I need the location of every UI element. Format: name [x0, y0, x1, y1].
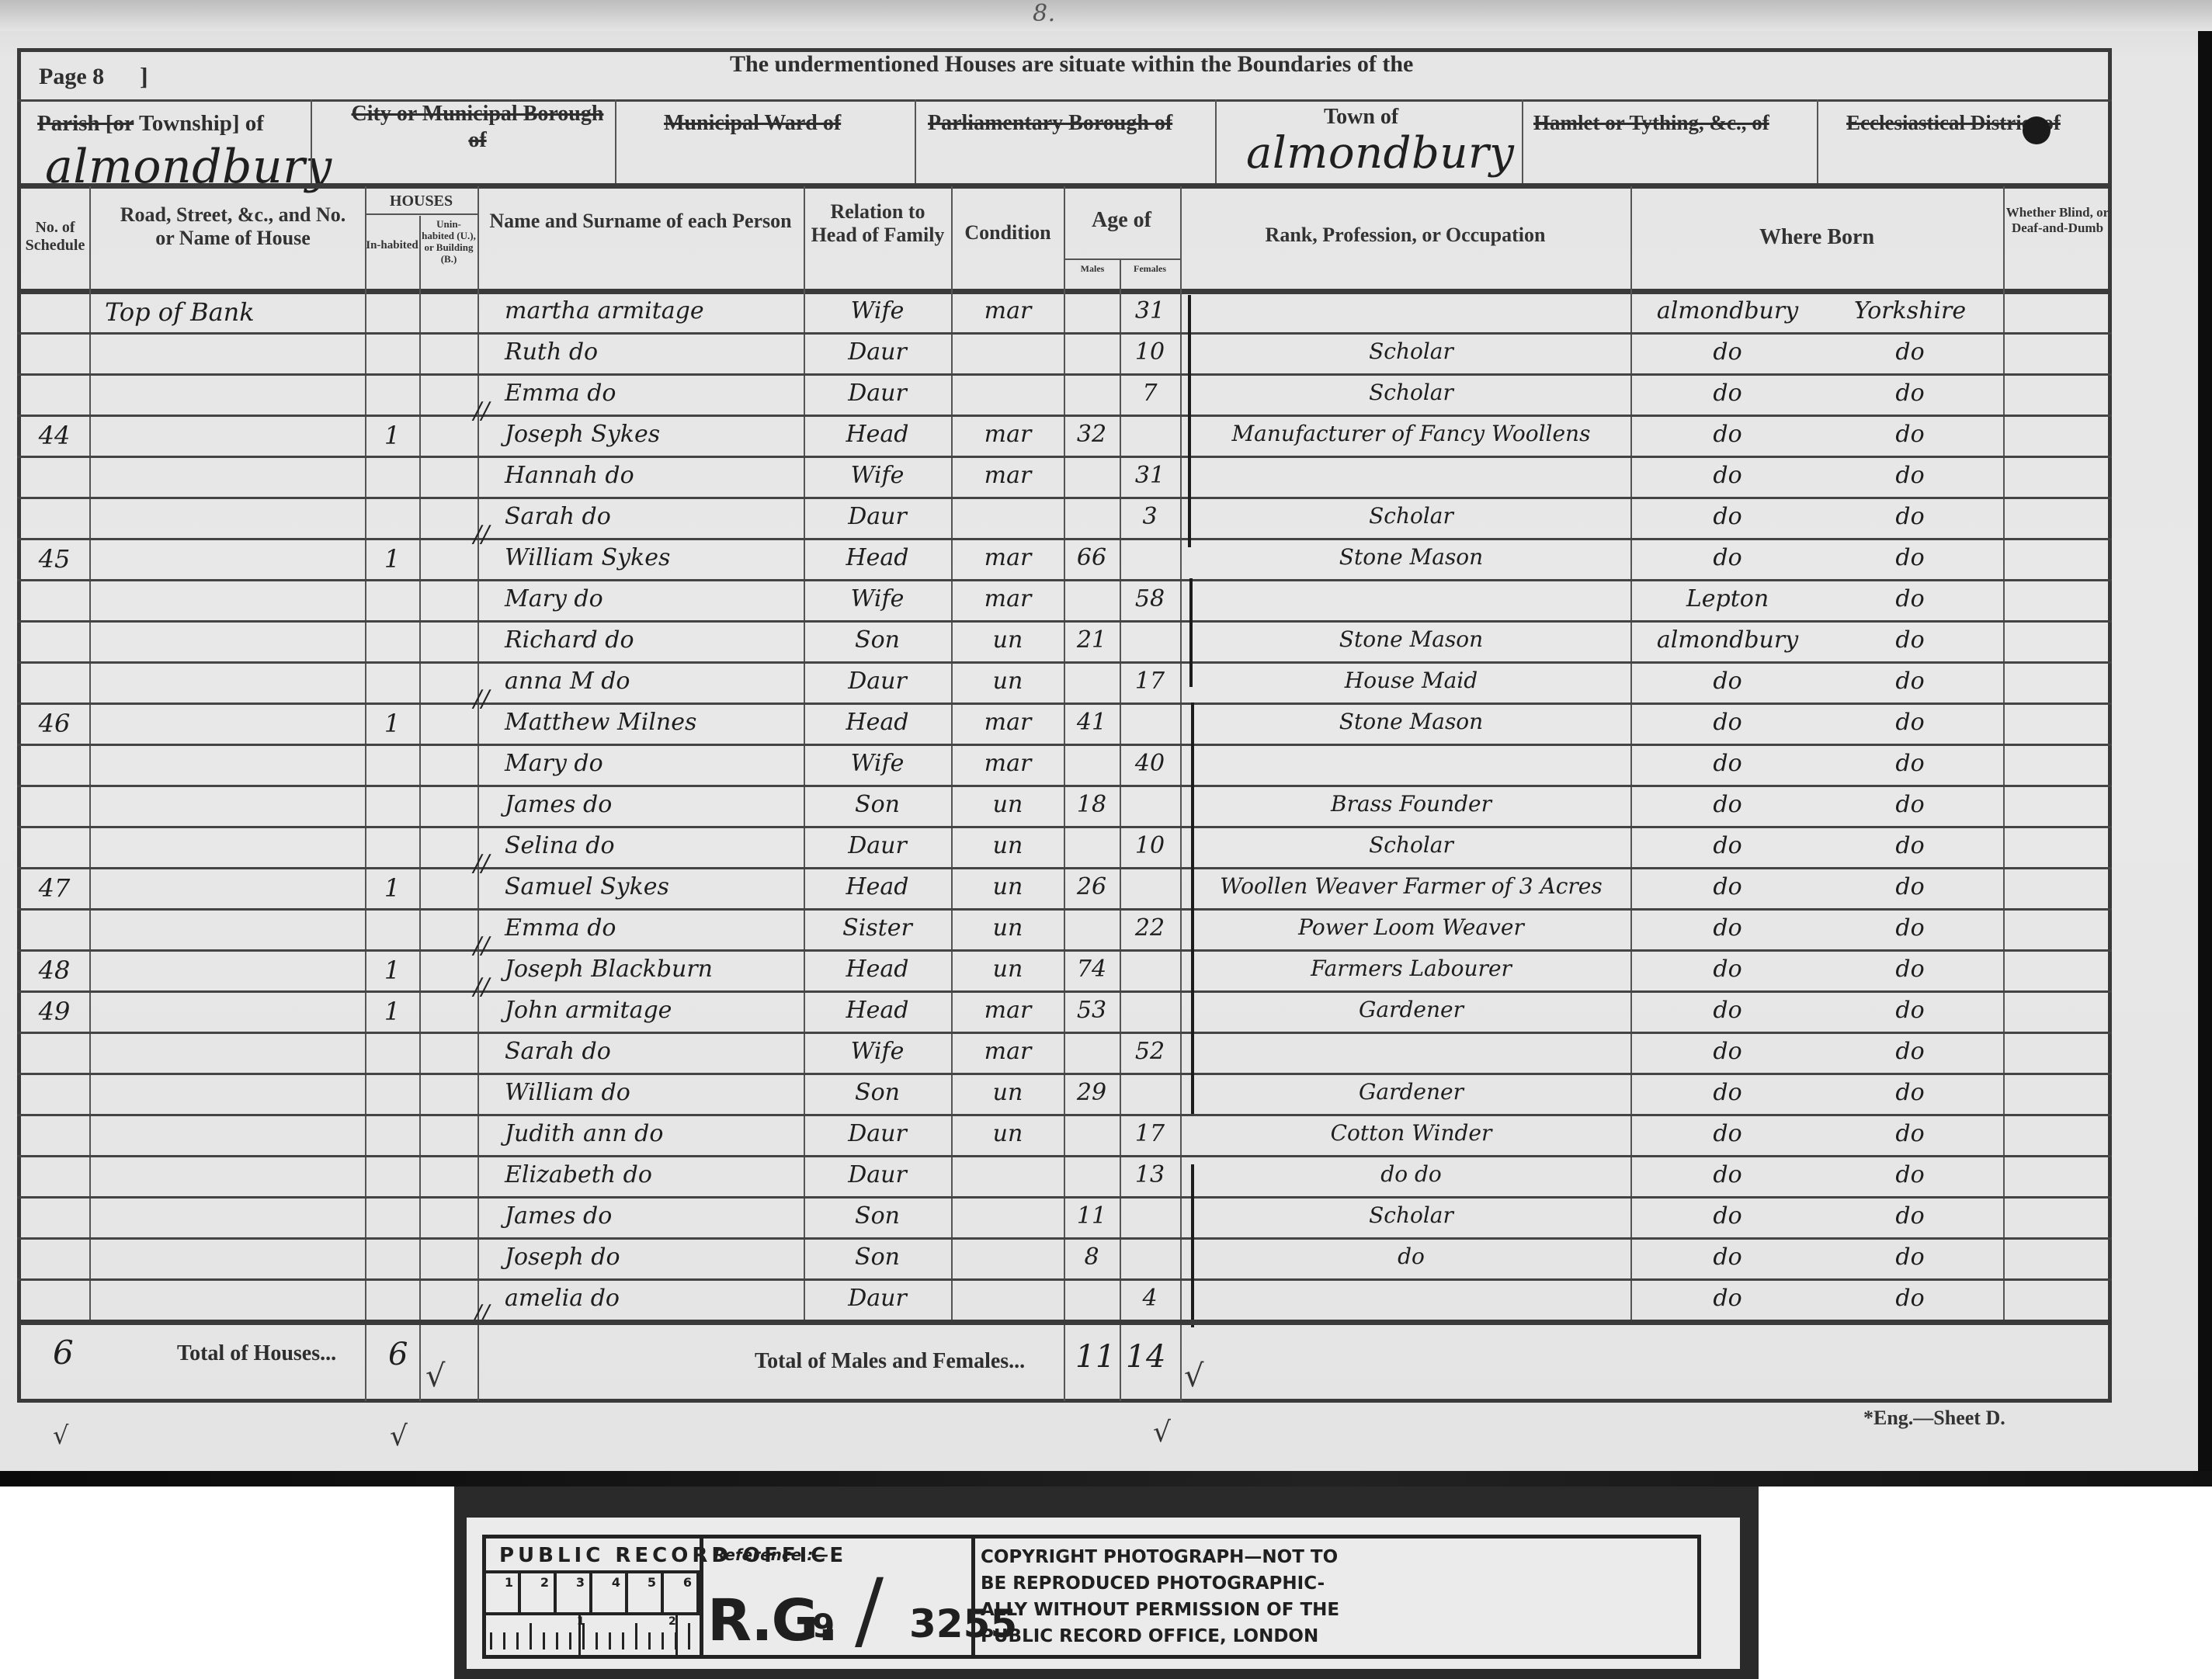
relation-to-head: Wife: [807, 462, 947, 489]
rule: [1630, 186, 1632, 1321]
row-rule: [17, 1155, 2112, 1157]
reference-label: Reference :—: [714, 1545, 828, 1564]
ruler-tick: [569, 1632, 571, 1650]
schedule-number: 45: [23, 544, 85, 574]
born-place: Lepton: [1634, 585, 1821, 612]
born-place: do: [1634, 338, 1821, 366]
born-place: do: [1634, 832, 1821, 859]
ruler-number: 6: [683, 1575, 692, 1590]
relation-to-head: Wife: [807, 750, 947, 777]
born-place: do: [1634, 668, 1821, 695]
relation-to-head: Daur: [807, 503, 947, 530]
person-name: Matthew Milnes: [505, 709, 800, 736]
female-age: 7: [1121, 380, 1179, 407]
born-place: do: [1634, 1161, 1821, 1188]
born-place: do: [1634, 421, 1821, 448]
person-name: Judith ann do: [505, 1120, 800, 1147]
relation-to-head: Son: [807, 1202, 947, 1230]
household-separator-mark: //: [474, 521, 489, 548]
born-county: do: [1821, 421, 1999, 448]
female-age: 4: [1121, 1285, 1179, 1312]
born-place: do: [1634, 1079, 1821, 1106]
ruler-inches: 12: [485, 1615, 700, 1657]
born-county: do: [1821, 380, 1999, 407]
ruler-cm-cell: 2: [521, 1573, 557, 1612]
row-rule: [17, 661, 2112, 664]
ruler-tick: [648, 1632, 651, 1650]
row-rule: [17, 785, 2112, 787]
condition: un: [953, 1120, 1062, 1147]
rule: [915, 99, 916, 183]
relation-to-head: Daur: [807, 380, 947, 407]
ruler-cm-cell: 1: [485, 1573, 521, 1612]
female-age: 22: [1121, 914, 1179, 942]
male-age: 11: [1065, 1202, 1118, 1230]
rule: [17, 99, 2112, 102]
occupation: Scholar: [1196, 832, 1627, 858]
male-age: 21: [1065, 626, 1118, 654]
born-county: do: [1821, 1244, 1999, 1271]
born-county: do: [1821, 914, 1999, 942]
condition: mar: [953, 997, 1062, 1024]
household-separator-mark: //: [474, 973, 489, 1001]
female-age: 40: [1121, 750, 1179, 777]
houses-inhabited: 1: [365, 956, 419, 985]
relation-to-head: Head: [807, 421, 947, 448]
sheet-top-shadow: [0, 0, 2212, 31]
male-age: 29: [1065, 1079, 1118, 1106]
male-age: 41: [1065, 709, 1118, 736]
born-county: do: [1821, 1202, 1999, 1230]
rule: [419, 216, 421, 1401]
relation-to-head: Daur: [807, 338, 947, 366]
rule: [365, 186, 366, 1401]
houses-inhabited: 1: [365, 997, 419, 1026]
occupation: do: [1196, 1244, 1627, 1269]
reference-class: 9: [812, 1607, 835, 1645]
person-name: Sarah do: [505, 1038, 800, 1065]
copyright-notice: COPYRIGHT PHOTOGRAPH—NOT TO BE REPRODUCE…: [981, 1544, 1695, 1650]
male-age: 53: [1065, 997, 1118, 1024]
person-name: William do: [505, 1079, 800, 1106]
row-rule: [17, 415, 2112, 417]
relation-to-head: Head: [807, 544, 947, 571]
born-county: do: [1821, 791, 1999, 818]
occupation: do do: [1196, 1161, 1627, 1187]
female-age: 13: [1121, 1161, 1179, 1188]
born-county: Yorkshire: [1821, 297, 1999, 324]
rule: [615, 99, 616, 183]
copyright-line: COPYRIGHT PHOTOGRAPH—NOT TO: [981, 1544, 1695, 1570]
ruler-inch-divider: [578, 1615, 581, 1657]
born-county: do: [1821, 503, 1999, 530]
folio-mark: 8.: [1033, 0, 1056, 27]
occupation: Scholar: [1196, 503, 1627, 529]
ruler-number: 2: [540, 1575, 549, 1590]
relation-to-head: Wife: [807, 585, 947, 612]
male-age: 32: [1065, 421, 1118, 448]
household-separator-mark: //: [474, 932, 489, 959]
condition: mar: [953, 709, 1062, 736]
row-rule: [17, 949, 2112, 952]
row-rule: [17, 1073, 2112, 1075]
col-schedule: No. of Schedule: [20, 219, 90, 255]
born-place: do: [1634, 750, 1821, 777]
ruler-cm-cell: 3: [557, 1573, 592, 1612]
ruler-tick: [516, 1632, 519, 1650]
condition: un: [953, 956, 1062, 983]
relation-to-head: Daur: [807, 832, 947, 859]
occupation: Power Loom Weaver: [1196, 914, 1627, 940]
page-label: Page 8: [39, 64, 104, 90]
born-place: do: [1634, 709, 1821, 736]
condition: mar: [953, 750, 1062, 777]
row-rule: [17, 1237, 2112, 1240]
female-age: 10: [1121, 832, 1179, 859]
row-rule: [17, 744, 2112, 746]
household-separator-mark: //: [474, 685, 489, 713]
occupation-bracket: [1189, 578, 1193, 687]
person-name: martha armitage: [505, 297, 800, 324]
check-mark: √: [53, 1421, 68, 1450]
condition: un: [953, 832, 1062, 859]
col-males: Males: [1065, 264, 1120, 275]
schedule-number: 47: [23, 873, 85, 903]
occupation-bracket: [1188, 295, 1191, 547]
ruler-centimetres: 123456: [485, 1573, 700, 1612]
occupation: Scholar: [1196, 1202, 1627, 1228]
schedule-number: 48: [23, 956, 85, 985]
row-rule: [17, 1278, 2112, 1281]
born-county: do: [1821, 709, 1999, 736]
born-place: do: [1634, 1038, 1821, 1065]
female-age: 10: [1121, 338, 1179, 366]
female-age: 3: [1121, 503, 1179, 530]
occupation: Gardener: [1196, 997, 1627, 1022]
person-name: Sarah do: [505, 503, 800, 530]
ruler-tick: [490, 1632, 492, 1650]
person-name: James do: [505, 1202, 800, 1230]
born-place: do: [1634, 791, 1821, 818]
relation-to-head: Son: [807, 1244, 947, 1271]
occupation: House Maid: [1196, 668, 1627, 693]
born-county: do: [1821, 338, 1999, 366]
person-name: Mary do: [505, 585, 800, 612]
person-name: amelia do: [505, 1285, 800, 1312]
person-name: Joseph do: [505, 1244, 800, 1271]
person-name: Selina do: [505, 832, 800, 859]
occupation: Stone Mason: [1196, 544, 1627, 570]
ruler-tick: [503, 1632, 505, 1650]
condition: un: [953, 626, 1062, 654]
col-relation: Relation to Head of Family: [806, 200, 950, 247]
check-mark: √: [1153, 1417, 1171, 1448]
district-parliamentary-label: Parliamentary Borough of: [928, 111, 1172, 136]
check-mark: √: [390, 1421, 408, 1452]
occupation: Cotton Winder: [1196, 1120, 1627, 1146]
col-inhabited: In-habited: [365, 239, 419, 252]
col-where-born: Where Born: [1630, 225, 2003, 250]
ruler-tick: [635, 1623, 637, 1650]
col-occupation: Rank, Profession, or Occupation: [1184, 224, 1627, 247]
female-age: 58: [1121, 585, 1179, 612]
relation-to-head: Head: [807, 709, 947, 736]
person-name: Joseph Blackburn: [505, 956, 800, 983]
rule: [1817, 99, 1818, 183]
born-county: do: [1821, 873, 1999, 900]
relation-to-head: Wife: [807, 297, 947, 324]
person-name: anna M do: [505, 668, 800, 695]
condition: mar: [953, 1038, 1062, 1065]
person-name: Emma do: [505, 380, 800, 407]
rule: [477, 186, 479, 1401]
occupation: Gardener: [1196, 1079, 1627, 1105]
person-name: Samuel Sykes: [505, 873, 800, 900]
district-municipal-borough-label: City or Municipal Borough of: [346, 101, 609, 153]
born-county: do: [1821, 1038, 1999, 1065]
born-county: do: [1821, 1120, 1999, 1147]
person-name: Joseph Sykes: [505, 421, 800, 448]
born-place: almondbury: [1634, 297, 1821, 324]
born-county: do: [1821, 626, 1999, 654]
row-rule: [17, 579, 2112, 581]
sheet-footer: *Eng.—Sheet D.: [1863, 1407, 2005, 1430]
relation-to-head: Head: [807, 997, 947, 1024]
relation-to-head: Son: [807, 1079, 947, 1106]
ruler-number: 5: [648, 1575, 656, 1590]
col-age: Age of: [1065, 208, 1178, 233]
female-age: 17: [1121, 668, 1179, 695]
condition: mar: [953, 421, 1062, 448]
born-place: do: [1634, 544, 1821, 571]
relation-to-head: Head: [807, 956, 947, 983]
ruler-tick: [556, 1632, 558, 1650]
public-record-office-label: PUBLIC RECORD OFFICE 123456 12 Reference…: [454, 1486, 1759, 1679]
schedule-number: 49: [23, 997, 85, 1026]
rule: [971, 1535, 975, 1659]
ruler-cm-cell: 5: [628, 1573, 664, 1612]
person-name: Richard do: [505, 626, 800, 654]
condition: mar: [953, 544, 1062, 571]
household-separator-mark: //: [474, 397, 489, 425]
ruler-tick: [662, 1632, 664, 1650]
page-bracket: ]: [140, 62, 148, 91]
col-blind: Whether Blind, or Deaf-and-Dumb: [2005, 205, 2110, 235]
born-place: do: [1634, 462, 1821, 489]
row-rule: [17, 497, 2112, 499]
male-age: 8: [1065, 1244, 1118, 1271]
total-houses-inhabited: 6: [388, 1337, 408, 1372]
female-age: 31: [1121, 297, 1179, 324]
occupation: Woollen Weaver Farmer of 3 Acres: [1196, 873, 1627, 899]
person-name: John armitage: [505, 997, 800, 1024]
rule: [311, 99, 312, 183]
born-county: do: [1821, 997, 1999, 1024]
pro-card: PUBLIC RECORD OFFICE 123456 12 Reference…: [467, 1518, 1740, 1669]
person-name: Ruth do: [505, 338, 800, 366]
relation-to-head: Daur: [807, 1161, 947, 1188]
reference-separator: /: [855, 1560, 884, 1660]
ink-blot: [2023, 116, 2051, 144]
condition: mar: [953, 585, 1062, 612]
born-place: do: [1634, 914, 1821, 942]
born-place: do: [1634, 1244, 1821, 1271]
schedule-number: 46: [23, 709, 85, 738]
born-place: do: [1634, 956, 1821, 983]
person-name: Mary do: [505, 750, 800, 777]
row-rule: [17, 702, 2112, 705]
total-males: 11: [1075, 1339, 1116, 1375]
ruler-tick: [688, 1623, 690, 1650]
condition: un: [953, 914, 1062, 942]
ruler-number: 3: [576, 1575, 585, 1590]
condition: mar: [953, 462, 1062, 489]
copyright-line: BE REPRODUCED PHOTOGRAPHIC-: [981, 1570, 1695, 1597]
ruler-tick: [596, 1632, 598, 1650]
relation-to-head: Daur: [807, 668, 947, 695]
row-rule: [17, 867, 2112, 869]
born-county: do: [1821, 585, 1999, 612]
born-place: do: [1634, 503, 1821, 530]
occupation: Scholar: [1196, 380, 1627, 405]
occupation-bracket: [1191, 1164, 1194, 1327]
born-county: do: [1821, 1079, 1999, 1106]
rule: [1180, 186, 1182, 1401]
rule: [700, 1535, 703, 1659]
district-town-value: almondbury: [1246, 128, 1514, 179]
col-houses: HOUSES: [365, 193, 477, 210]
col-condition: Condition: [953, 221, 1062, 245]
born-place: do: [1634, 380, 1821, 407]
ruler-number: 1: [505, 1575, 513, 1590]
district-hamlet-label: Hamlet or Tything, &c., of: [1533, 111, 1769, 135]
relation-to-head: Son: [807, 791, 947, 818]
born-place: almondbury: [1634, 626, 1821, 654]
occupation: Stone Mason: [1196, 626, 1627, 652]
person-name: William Sykes: [505, 544, 800, 571]
rule: [2003, 186, 2005, 1321]
person-name: Emma do: [505, 914, 800, 942]
relation-to-head: Wife: [807, 1038, 947, 1065]
rule: [951, 186, 953, 1321]
condition: un: [953, 791, 1062, 818]
copyright-line: PUBLIC RECORD OFFICE, LONDON: [981, 1623, 1695, 1650]
row-rule: [17, 1032, 2112, 1034]
household-separator-mark: //: [474, 850, 489, 877]
occupation: Scholar: [1196, 338, 1627, 364]
road-name: Top of Bank: [105, 297, 361, 327]
rule: [1215, 99, 1217, 183]
female-age: 17: [1121, 1120, 1179, 1147]
ruler-cm-cell: 4: [592, 1573, 628, 1612]
rule: [804, 186, 805, 1321]
ruler-tick: [609, 1632, 611, 1650]
male-age: 26: [1065, 873, 1118, 900]
row-rule: [17, 908, 2112, 911]
total-persons-label: Total of Males and Females...: [755, 1349, 1025, 1374]
rule: [1522, 99, 1523, 183]
born-county: do: [1821, 1285, 1999, 1312]
male-age: 18: [1065, 791, 1118, 818]
relation-to-head: Son: [807, 626, 947, 654]
ruler-tick: [622, 1632, 624, 1650]
col-name: Name and Surname of each Person: [489, 210, 792, 233]
row-rule: [17, 990, 2112, 993]
ruler-inch-divider: [675, 1615, 678, 1657]
condition: mar: [953, 297, 1062, 324]
total-houses-label: Total of Houses...: [177, 1341, 336, 1366]
row-rule: [17, 826, 2112, 828]
occupation-bracket: [1191, 1036, 1194, 1114]
born-county: do: [1821, 832, 1999, 859]
sheet-bottom-edge: [0, 1471, 2212, 1486]
boundaries-banner: The undermentioned Houses are situate wi…: [730, 51, 1413, 78]
row-rule: [17, 1196, 2112, 1199]
row-rule: [17, 373, 2112, 376]
person-name: Elizabeth do: [505, 1161, 800, 1188]
occupation: Farmers Labourer: [1196, 956, 1627, 981]
row-rule: [17, 456, 2112, 458]
born-county: do: [1821, 668, 1999, 695]
copyright-line: ALLY WITHOUT PERMISSION OF THE: [981, 1597, 1695, 1623]
district-town-label: Town of: [1324, 105, 1398, 130]
schedule-number: 44: [23, 421, 85, 450]
total-females: 14: [1126, 1339, 1166, 1375]
born-place: do: [1634, 873, 1821, 900]
rule: [89, 186, 91, 1321]
relation-to-head: Daur: [807, 1285, 947, 1312]
person-name: James do: [505, 791, 800, 818]
rule: [365, 213, 477, 215]
condition: un: [953, 668, 1062, 695]
houses-inhabited: 1: [365, 421, 419, 450]
houses-inhabited: 1: [365, 873, 419, 903]
relation-to-head: Sister: [807, 914, 947, 942]
row-rule: [17, 620, 2112, 623]
rule: [1065, 258, 1180, 260]
relation-to-head: Daur: [807, 1120, 947, 1147]
born-place: do: [1634, 1120, 1821, 1147]
condition: un: [953, 873, 1062, 900]
born-county: do: [1821, 750, 1999, 777]
occupation: Manufacturer of Fancy Woollens: [1196, 421, 1627, 446]
male-age: 74: [1065, 956, 1118, 983]
born-place: do: [1634, 1202, 1821, 1230]
female-age: 31: [1121, 462, 1179, 489]
ruler-cm-cell: 6: [664, 1573, 700, 1612]
person-name: Hannah do: [505, 462, 800, 489]
col-uninhabited: Unin-habited (U.), or Building (B.): [421, 219, 477, 265]
district-ward-label: Municipal Ward of: [664, 111, 841, 136]
ruler-tick: [543, 1632, 545, 1650]
occupation: Stone Mason: [1196, 709, 1627, 734]
row-rule: [17, 1114, 2112, 1116]
check-mark: √: [1184, 1358, 1204, 1394]
ruler-tick: [530, 1623, 532, 1650]
district-parish-label: Parish [or Township] of: [37, 111, 264, 137]
born-county: do: [1821, 544, 1999, 571]
rule: [1120, 258, 1121, 1401]
houses-inhabited: 1: [365, 709, 419, 738]
occupation-bracket: [1191, 702, 1194, 1060]
born-place: do: [1634, 997, 1821, 1024]
condition: un: [953, 1079, 1062, 1106]
col-females: Females: [1121, 264, 1179, 275]
check-mark: √: [425, 1358, 446, 1394]
born-county: do: [1821, 1161, 1999, 1188]
row-rule: [17, 538, 2112, 540]
row-rule: [17, 332, 2112, 335]
